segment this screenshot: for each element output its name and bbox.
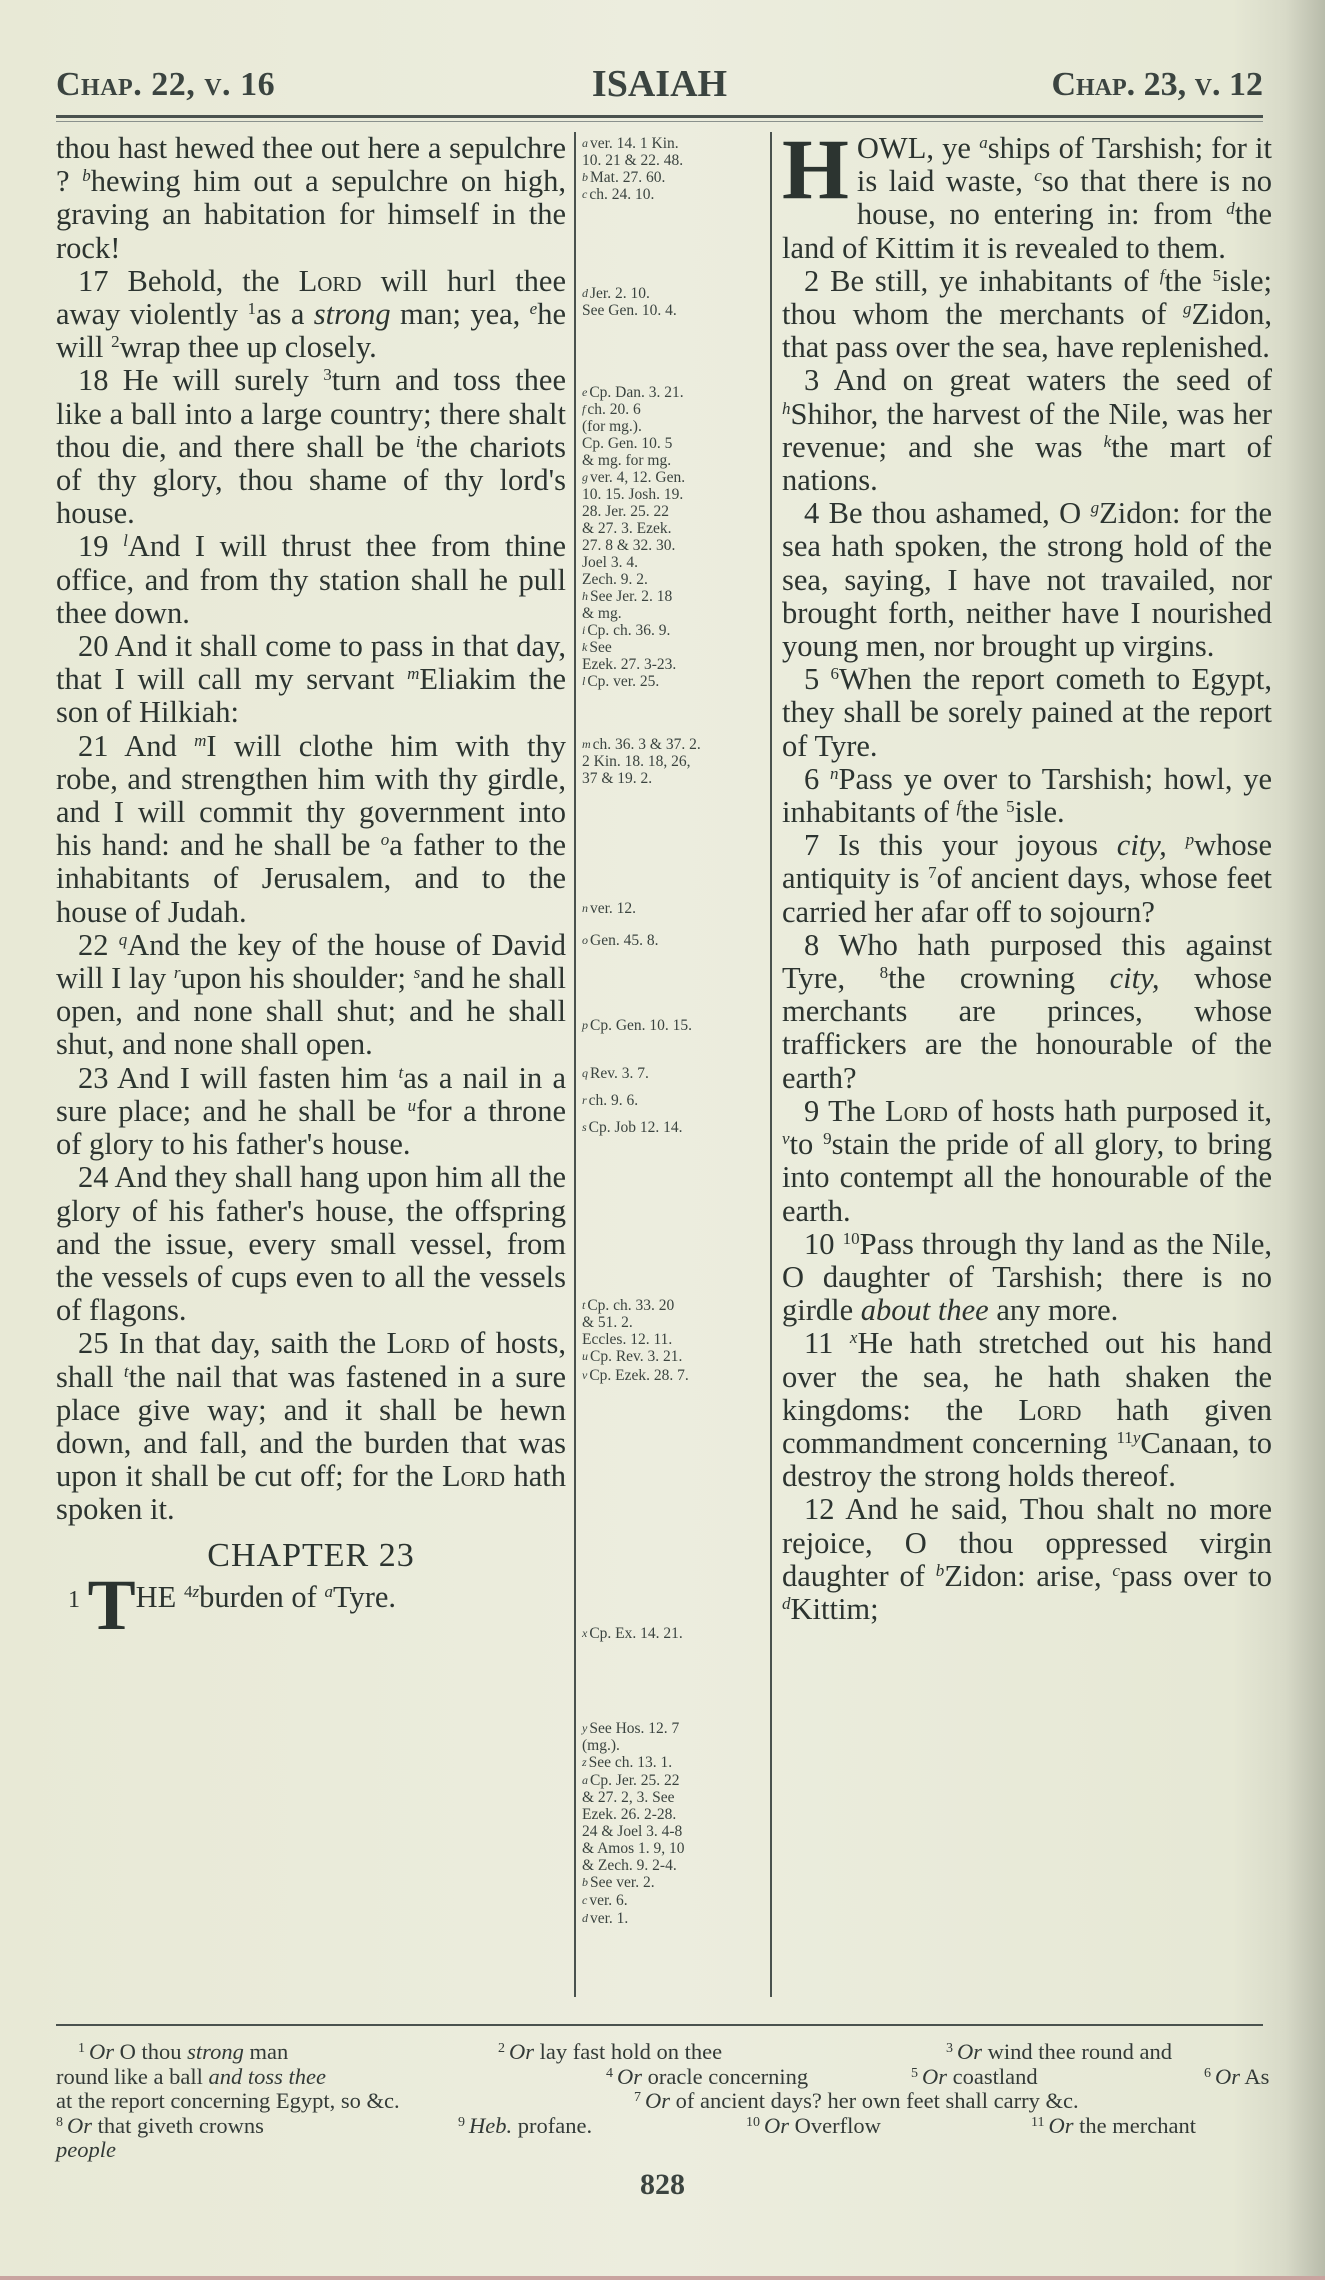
cross-ref-marker: a <box>979 133 988 152</box>
cross-ref-marker: g <box>1091 498 1100 517</box>
reference-key: o <box>582 933 588 947</box>
verse-20: 20 And it shall come to pass in that day… <box>56 630 566 730</box>
verse-10: 10 10Pass through thy land as the Nile, … <box>782 1228 1272 1328</box>
cross-reference-m: mch. 36. 3 & 37. 2.2 Kin. 18. 18, 26,37 … <box>582 736 767 787</box>
cross-reference-h: hSee Jer. 2. 18& mg. <box>582 588 767 622</box>
cross-reference-g: gver. 4, 12. Gen.10. 15. Josh. 19.28. Je… <box>582 469 767 588</box>
footnote-line-5: people <box>56 2138 1271 2163</box>
cross-ref-marker: r <box>174 963 181 982</box>
verse-21: 21 And mI will clothe him with thy robe,… <box>56 730 566 929</box>
verse-4: 4 Be thou ashamed, O gZidon: for the sea… <box>782 497 1272 663</box>
verse-9: 9 The Lord of hosts hath purposed it, vt… <box>782 1095 1272 1228</box>
verse-25: 25 In that day, saith the Lord of hosts,… <box>56 1327 566 1526</box>
header-right-reference: Chap. 23, v. 12 <box>1051 66 1263 104</box>
page-number: 828 <box>0 2168 1325 2202</box>
margin-note-marker: 7 <box>928 863 937 882</box>
verse-22: 22 qAnd the key of the house of David wi… <box>56 929 566 1062</box>
reference-key: c <box>582 1893 587 1907</box>
footnote-9: 9Heb. profane. <box>458 2114 592 2139</box>
verse-number: 11 <box>804 1326 833 1360</box>
reference-key: a <box>582 136 588 150</box>
cross-ref-marker: m <box>407 664 419 683</box>
verse-number: 25 <box>78 1326 109 1360</box>
reference-key: d <box>582 286 588 300</box>
verse-number: 12 <box>804 1492 835 1526</box>
verse-19: 19 lAnd I will thrust thee from thine of… <box>56 530 566 630</box>
verse-8: 8 Who hath purposed this against Tyre, 8… <box>782 929 1272 1095</box>
header-rule <box>56 115 1263 118</box>
verse-number: 20 <box>78 629 109 663</box>
cross-reference-n: nver. 12. <box>582 900 767 917</box>
verse-5: 5 6When the report cometh to Egypt, they… <box>782 663 1272 763</box>
verse-number: 23 <box>78 1061 109 1095</box>
cross-reference-s: sCp. Job 12. 14. <box>582 1119 767 1136</box>
cross-ref-marker: h <box>782 399 791 418</box>
verse-6: 6 nPass ye over to Tarshish; howl, ye in… <box>782 763 1272 829</box>
cross-reference-p: pCp. Gen. 10. 15. <box>582 1017 767 1034</box>
cross-reference-d: dver. 1. <box>582 1910 767 1927</box>
footnote-4: 4Or oracle concerning <box>606 2065 808 2090</box>
left-text-column: thou hast hewed thee out here a sepulchr… <box>56 132 566 1645</box>
cross-ref-marker: q <box>119 930 128 949</box>
verse-number: 6 <box>804 762 819 796</box>
margin-note-marker: 6 <box>830 664 839 683</box>
cross-ref-marker: v <box>782 1129 790 1148</box>
footnote-3-continued: round like a ball and toss thee <box>56 2065 326 2090</box>
verse-number: 10 <box>804 1227 835 1261</box>
cross-reference-v: vCp. Ezek. 28. 7. <box>582 1367 767 1384</box>
cross-ref-marker: c <box>1034 166 1042 185</box>
margin-note-marker: 9 <box>823 1129 832 1148</box>
verse-number: 1 <box>68 1587 80 1613</box>
reference-key: p <box>582 1018 588 1032</box>
cross-ref-marker: d <box>1226 199 1235 218</box>
verse-12: 12 And he said, Thou shalt no more rejoi… <box>782 1493 1272 1626</box>
chapter-23-verse-1: 1 THE 4zburden of aTyre. <box>56 1575 566 1645</box>
bible-page: Chap. 22, v. 16 ISAIAH Chap. 23, v. 12 t… <box>0 0 1325 2280</box>
footnote-11-continued: people <box>56 2138 116 2163</box>
margin-note-marker: 11 <box>1116 1428 1132 1447</box>
verse-number: 3 <box>804 363 819 397</box>
margin-note-marker: 10 <box>843 1229 860 1248</box>
reference-key: g <box>582 470 588 484</box>
column-divider-right <box>770 132 772 1997</box>
verse-number: 22 <box>78 928 109 962</box>
reference-key: h <box>582 589 588 603</box>
cross-ref-marker: g <box>1183 299 1192 318</box>
reference-key: n <box>582 901 588 915</box>
footnote-1: 1Or O thou strong man <box>78 2040 288 2065</box>
reference-key: x <box>582 1626 587 1640</box>
reference-key: s <box>582 1120 587 1134</box>
reference-key: y <box>582 1721 587 1735</box>
reference-key: u <box>582 1349 588 1363</box>
verse-number: 17 <box>78 264 109 298</box>
verse-7: 7 Is this your joyous city, pwhose antiq… <box>782 829 1272 929</box>
cross-ref-marker: d <box>782 1594 791 1613</box>
header-rule-thin <box>56 121 1263 122</box>
verse-number: 5 <box>804 662 819 696</box>
verse-number: 2 <box>804 264 819 298</box>
drop-cap: H <box>782 134 849 204</box>
reference-key: t <box>582 1298 585 1312</box>
drop-cap: T <box>88 1565 136 1645</box>
reference-key: b <box>582 170 588 184</box>
column-divider-left <box>574 132 576 1997</box>
cross-reference-x: xCp. Ex. 14. 21. <box>582 1625 767 1642</box>
verse-number: 9 <box>804 1094 819 1128</box>
reference-key: c <box>582 187 587 201</box>
reference-key: z <box>582 1755 587 1769</box>
cross-reference-b: bMat. 27. 60. <box>582 169 767 186</box>
verse-number: 18 <box>78 363 109 397</box>
right-text-column: HOWL, ye aships of Tarshish; for it is l… <box>782 132 1272 1626</box>
verse-3: 3 And on great waters the seed of hShiho… <box>782 364 1272 497</box>
footnote-10: 10Or Overflow <box>746 2114 881 2139</box>
verse-17: 17 Behold, the Lord will hurl thee away … <box>56 265 566 365</box>
verse-number: 19 <box>78 529 109 563</box>
footnote-5: 5Or coastland <box>911 2065 1038 2090</box>
cross-ref-marker: m <box>194 731 206 750</box>
footnote-line-3: at the report concerning Egypt, so &c. 7… <box>56 2089 1271 2114</box>
margin-note-marker: 8 <box>880 963 889 982</box>
cross-reference-f: fch. 20. 6(for mg.).Cp. Gen. 10. 5& mg. … <box>582 401 767 469</box>
footnote-6-continued: at the report concerning Egypt, so &c. <box>56 2089 400 2114</box>
cross-ref-marker: b <box>82 166 91 185</box>
verse-11: 11 xHe hath stretched out his hand over … <box>782 1327 1272 1493</box>
reference-key: f <box>582 402 585 416</box>
reference-key: a <box>582 1773 588 1787</box>
chapter-23-verse-1-cont: HOWL, ye aships of Tarshish; for it is l… <box>782 132 1272 265</box>
verse-number: 7 <box>804 828 819 862</box>
cross-reference-b: bSee ver. 2. <box>582 1874 767 1891</box>
cross-reference-q: qRev. 3. 7. <box>582 1065 767 1082</box>
cross-reference-o: oGen. 45. 8. <box>582 932 767 949</box>
margin-note-marker: 3 <box>323 365 332 384</box>
margin-note-marker: 2 <box>111 332 120 351</box>
reference-key: l <box>582 674 585 688</box>
cross-reference-u: uCp. Rev. 3. 21. <box>582 1348 767 1365</box>
footnote-line-2: round like a ball and toss thee 4Or orac… <box>56 2065 1271 2090</box>
reference-key: e <box>582 385 587 399</box>
cross-reference-l: lCp. ver. 25. <box>582 673 767 690</box>
verse-23: 23 And I will fasten him tas a nail in a… <box>56 1062 566 1162</box>
reference-key: q <box>582 1066 588 1080</box>
verse-number: 8 <box>804 928 819 962</box>
cross-reference-e: eCp. Dan. 3. 21. <box>582 384 767 401</box>
footnote-line-4: 8Or that giveth crowns 9Heb. profane. 10… <box>56 2114 1271 2139</box>
verse-number: 4 <box>804 496 819 530</box>
cross-reference-a: aCp. Jer. 25. 22& 27. 2, 3. SeeEzek. 26.… <box>582 1772 767 1874</box>
reference-key: i <box>582 623 585 637</box>
reference-key: d <box>582 1911 588 1925</box>
footnotes: 1Or O thou strong man 2Or lay fast hold … <box>56 2040 1271 2163</box>
cross-reference-y: ySee Hos. 12. 7(mg.). <box>582 1720 767 1754</box>
cross-reference-t: tCp. ch. 33. 20& 51. 2.Eccles. 12. 11. <box>582 1297 767 1348</box>
footnote-rule <box>56 2024 1263 2026</box>
cross-reference-d: dJer. 2. 10.See Gen. 10. 4. <box>582 285 767 319</box>
footnote-line-1: 1Or O thou strong man 2Or lay fast hold … <box>56 2040 1271 2065</box>
margin-note-marker: 5 <box>1006 797 1015 816</box>
verse-24: 24 And they shall hang upon him all the … <box>56 1161 566 1327</box>
cross-reference-c: cch. 24. 10. <box>582 186 767 203</box>
cross-ref-marker: a <box>324 1582 333 1601</box>
cross-reference-a: aver. 14. 1 Kin.10. 21 & 22. 48. <box>582 135 767 169</box>
cross-reference-i: iCp. ch. 36. 9. <box>582 622 767 639</box>
verse-16-continuation: thou hast hewed thee out here a sepulchr… <box>56 132 566 265</box>
page-edge <box>0 2276 1325 2280</box>
cross-reference-z: zSee ch. 13. 1. <box>582 1754 767 1771</box>
reference-key: v <box>582 1368 587 1382</box>
running-header: Chap. 22, v. 16 ISAIAH Chap. 23, v. 12 <box>56 62 1263 112</box>
cross-reference-k: kSeeEzek. 27. 3-23. <box>582 639 767 673</box>
cross-reference-r: rch. 9. 6. <box>582 1092 767 1109</box>
reference-key: r <box>582 1093 587 1107</box>
cross-ref-marker: u <box>408 1096 417 1115</box>
reference-key: b <box>582 1875 588 1889</box>
verse-number: 24 <box>78 1160 109 1194</box>
verse-2: 2 Be still, ye inhabitants of fthe 5isle… <box>782 265 1272 365</box>
cross-reference-c: cver. 6. <box>582 1892 767 1909</box>
reference-key: k <box>582 640 587 654</box>
verse-18: 18 He will surely 3turn and toss thee li… <box>56 364 566 530</box>
footnote-11: 11Or the merchant <box>1031 2114 1196 2139</box>
cross-ref-marker: b <box>936 1561 945 1580</box>
margin-note-marker: 1 <box>248 299 257 318</box>
margin-note-marker: 5 <box>1213 266 1222 285</box>
reference-key: m <box>582 737 591 751</box>
cross-ref-marker: o <box>381 830 390 849</box>
cross-ref-marker: c <box>1112 1561 1120 1580</box>
verse-number: 21 <box>78 729 109 763</box>
footnote-3: 3Or wind thee round and <box>946 2040 1172 2065</box>
cross-ref-marker: p <box>1186 830 1195 849</box>
footnote-2: 2Or lay fast hold on thee <box>498 2040 722 2065</box>
footnote-6: 6Or As <box>1204 2065 1269 2090</box>
footnote-7: 7Or of ancient days? her own feet shall … <box>634 2089 1079 2114</box>
footnote-8: 8Or that giveth crowns <box>56 2114 264 2139</box>
